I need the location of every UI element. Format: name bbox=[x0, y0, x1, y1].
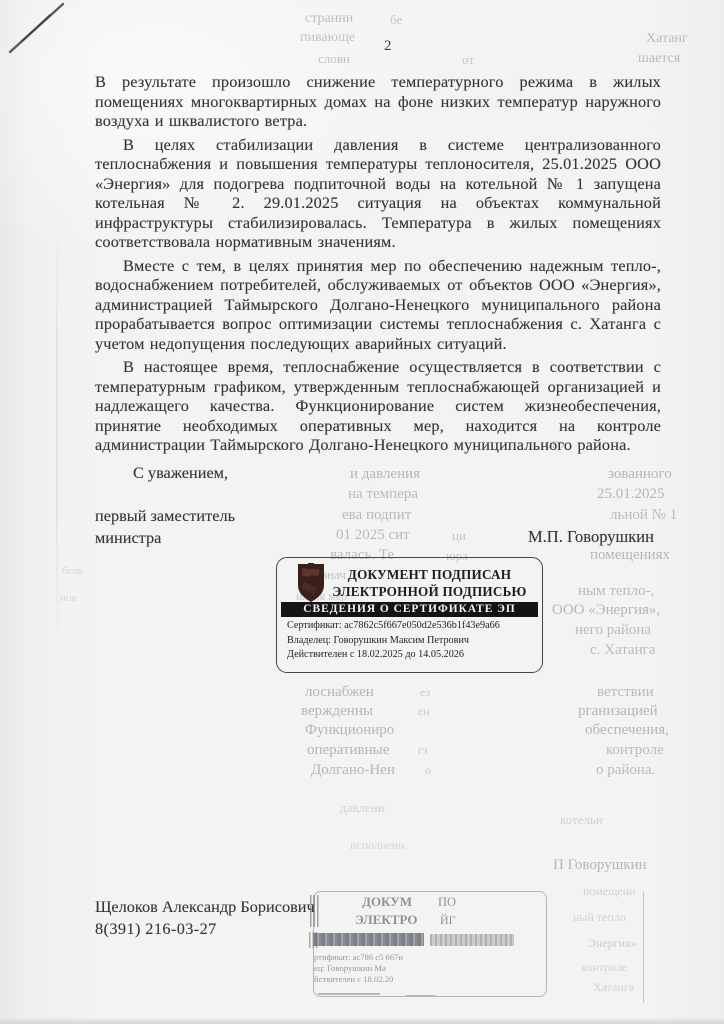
stamp-title-line1: ДОКУМЕНТ ПОДПИСАН bbox=[323, 567, 536, 584]
page-number: 2 bbox=[384, 38, 392, 55]
stamp-certificate-bar: СВЕДЕНИЯ О СЕРТИФИКАТЕ ЭП bbox=[281, 602, 538, 617]
esign-stamp: ДОКУМЕНТ ПОДПИСАН ЭЛЕКТРОННОЙ ПОДПИСЬЮ С… bbox=[276, 557, 543, 673]
ghost-bar-smudge bbox=[430, 934, 514, 946]
bleed-fragment: обеспечения, bbox=[585, 722, 669, 739]
bleed-fragment: 01 2025 сит bbox=[336, 527, 410, 544]
bleed-fragment: с. Хатанга bbox=[590, 642, 656, 659]
bleed-fragment: котельн bbox=[560, 812, 603, 828]
bleed-fragment: зованного bbox=[608, 466, 672, 483]
bleed-fragment: него района bbox=[575, 622, 651, 639]
stamp-title-line2: ЭЛЕКТРОННОЙ ПОДПИСЬЮ bbox=[323, 584, 536, 601]
bleed-fragment: ным тепло-, bbox=[578, 583, 654, 600]
stamp-title: ДОКУМЕНТ ПОДПИСАН ЭЛЕКТРОННОЙ ПОДПИСЬЮ bbox=[323, 567, 536, 600]
ghost-stamp-edge bbox=[643, 892, 644, 1003]
bleed-fragment: ветствии bbox=[597, 684, 654, 701]
ghost-bar-smudge bbox=[314, 933, 424, 946]
paragraph: В целях стабилизации давления в системе … bbox=[95, 135, 661, 252]
bleed-fragment: шается bbox=[638, 51, 680, 67]
ghost-dash bbox=[318, 993, 380, 995]
bleed-fragment: ева подпит bbox=[342, 507, 411, 524]
bleed-fragment: на темпера bbox=[348, 486, 418, 503]
bleed-fragment: гз bbox=[418, 743, 428, 758]
ghost-title-fragment: ЙГ bbox=[440, 913, 456, 928]
paragraph: В настоящее время, теплоснабжение осущес… bbox=[95, 357, 661, 455]
stamp-certificate: Сертификат: ac7862c5f667e050d2e536b1f43e… bbox=[287, 620, 500, 631]
bleed-fragment: ез bbox=[420, 685, 430, 700]
ghost-title-fragment: ПО bbox=[438, 895, 456, 910]
bleed-fragment: лоснабжен bbox=[305, 684, 374, 701]
bleed-fragment: странни bbox=[305, 11, 353, 27]
scan-edge-shadow bbox=[0, 1017, 724, 1024]
signer-name: М.П. Говорушкин bbox=[528, 527, 654, 547]
ghost-cert-fragment: ртификат: ас786 с5 667и bbox=[314, 952, 403, 962]
signer-title-line1: первый заместитель bbox=[95, 506, 235, 526]
bleed-fragment: рганизацией bbox=[578, 703, 658, 720]
bleed-fragment: нов bbox=[60, 592, 77, 604]
document-page: страннибепивающеХатангсловнотшаетсяогои … bbox=[0, 0, 724, 1024]
bleed-fragment: пивающе bbox=[300, 30, 355, 46]
ghost-valid-fragment: йствителен с 18.02.20 bbox=[314, 974, 393, 984]
bleed-fragment: вержденны bbox=[301, 703, 373, 720]
ghost-owner-fragment: ец: Говорушкин Ма bbox=[314, 963, 386, 973]
bleed-fragment: исполнени bbox=[350, 838, 405, 853]
bleed-fragment: от bbox=[462, 52, 474, 68]
coat-of-arms-icon bbox=[296, 563, 326, 604]
bleed-fragment: 25.01.2025 bbox=[597, 486, 665, 503]
fold-mark bbox=[0, 0, 90, 70]
signer-title-line2: министра bbox=[95, 528, 161, 548]
bleed-fragment: льной № 1 bbox=[610, 507, 677, 524]
bleed-fragment: Долгано-Нен bbox=[311, 762, 395, 779]
stamp-validity: Действителен с 18.02.2025 до 14.05.2026 bbox=[287, 649, 464, 660]
bleed-fragment: Функциониро bbox=[305, 722, 394, 739]
ghost-title-fragment: ДОКУМ bbox=[362, 894, 412, 910]
bleed-fragment: о bbox=[425, 763, 431, 778]
bleed-fragment: контроле bbox=[606, 742, 664, 759]
bleed-fragment: ООО «Энергия», bbox=[552, 602, 660, 619]
paragraph: В результате произошло снижение температ… bbox=[95, 72, 661, 131]
contact-name: Щелоков Александр Борисович bbox=[95, 897, 315, 917]
paragraph: Вместе с тем, в целях принятия мер по об… bbox=[95, 256, 661, 354]
ghost-dash bbox=[406, 995, 436, 996]
bleed-fragment: П Говорушкин bbox=[553, 857, 647, 874]
salutation: С уважением, bbox=[133, 463, 228, 483]
bleed-fragment: помещениях bbox=[590, 547, 670, 564]
bleed-fragment: оперативные bbox=[307, 742, 389, 759]
bleed-fragment: Хатанг bbox=[646, 31, 688, 47]
stamp-owner: Владелец: Говорушкин Максим Петрович bbox=[287, 635, 469, 646]
bleed-fragment: словн bbox=[318, 51, 350, 67]
ghost-title-fragment: ЭЛЕКТРО bbox=[355, 912, 417, 928]
bleed-fragment: и давления bbox=[350, 466, 420, 483]
bleed-fragment: о района. bbox=[596, 762, 655, 779]
bleed-fragment: ци bbox=[452, 528, 466, 544]
ghost-stamp: ДОКУМ ПО ЭЛЕКТРО ЙГ ртификат: ас786 с5 6… bbox=[310, 888, 650, 1010]
bleed-fragment: бе bbox=[390, 12, 402, 28]
bleed-fragment: давлени bbox=[340, 800, 385, 816]
bleed-fragment: ен bbox=[418, 704, 430, 719]
paper-crease bbox=[56, 220, 58, 650]
contact-phone: 8(391) 216-03-27 bbox=[95, 919, 217, 939]
bleed-fragment: боль bbox=[62, 565, 83, 577]
letter-body: В результате произошло снижение температ… bbox=[95, 72, 661, 459]
